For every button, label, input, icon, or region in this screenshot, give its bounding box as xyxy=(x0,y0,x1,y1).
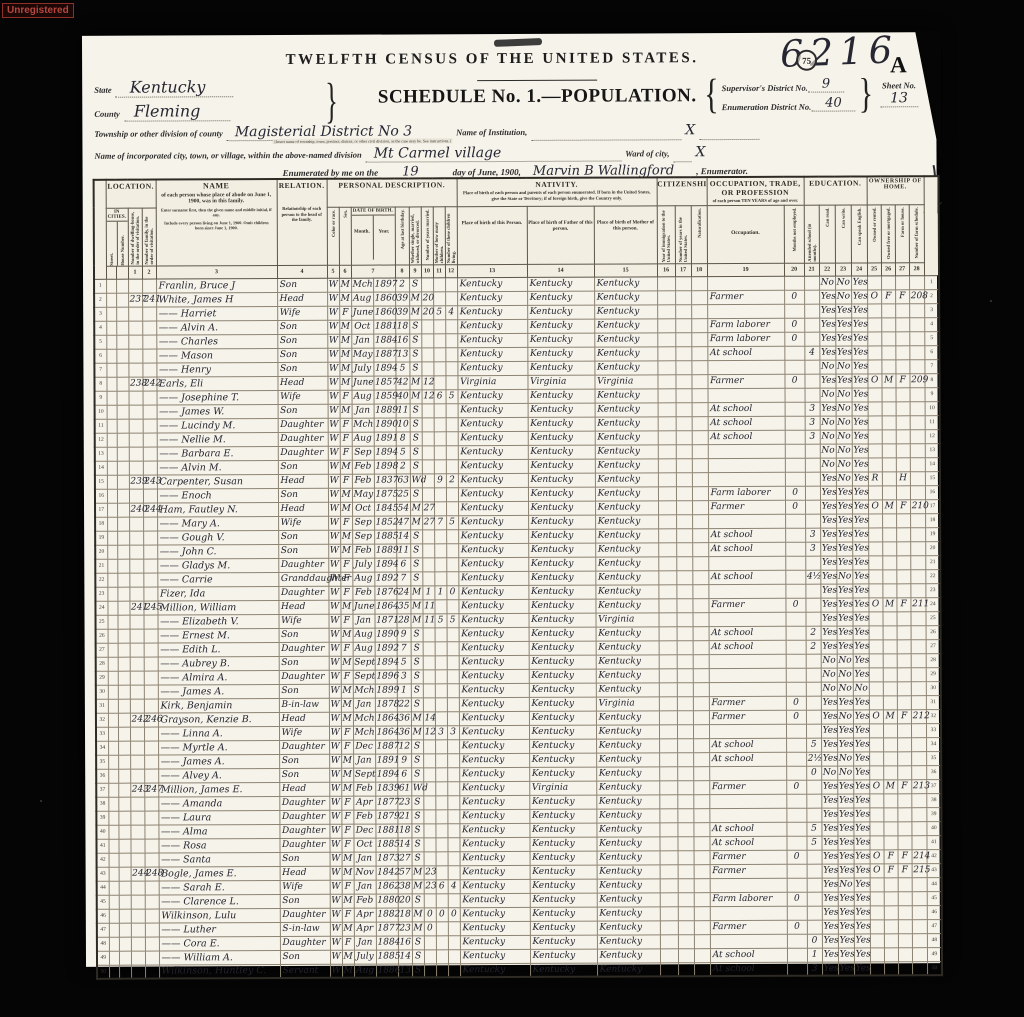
can-speak-english: Yes xyxy=(853,626,869,640)
mother-of-children xyxy=(434,431,446,445)
mother-birthplace: Kentucky xyxy=(595,514,658,528)
owned-or-rented xyxy=(869,584,883,598)
immigration-year xyxy=(660,892,678,906)
row-number: 9 xyxy=(95,391,107,405)
years-married: 11 xyxy=(422,599,434,613)
relation: Son xyxy=(280,894,330,908)
birthplace: Kentucky xyxy=(460,935,530,949)
can-speak-english: Yes xyxy=(854,864,870,878)
age: 9 xyxy=(397,628,411,642)
mother-birthplace: Kentucky xyxy=(595,360,658,374)
marital-status: S xyxy=(411,810,423,824)
can-speak-english: Yes xyxy=(852,360,868,374)
mother-of-children xyxy=(436,935,448,949)
dwelling-number xyxy=(130,755,144,769)
farm-schedule xyxy=(910,485,925,499)
free-or-mortgaged: F xyxy=(881,289,895,303)
occupation xyxy=(707,304,784,318)
naturalization xyxy=(692,360,708,374)
can-write: No xyxy=(836,388,852,402)
farm-schedule xyxy=(910,513,925,527)
marital-status: S xyxy=(411,768,423,782)
name: —— Harriet xyxy=(156,306,277,321)
mother-of-children xyxy=(434,487,446,501)
age: 39 xyxy=(395,292,409,306)
years-in-us xyxy=(676,570,692,584)
can-read: Yes xyxy=(821,724,837,738)
birth-year: 1896 xyxy=(375,670,397,684)
farm-schedule xyxy=(911,611,926,625)
family-number xyxy=(145,853,159,867)
free-or-mortgaged: F xyxy=(884,863,898,877)
can-write: Yes xyxy=(835,332,851,346)
can-speak-english: Yes xyxy=(853,752,869,766)
owned-or-rented xyxy=(869,612,883,626)
street xyxy=(108,643,118,657)
mother-of-children xyxy=(435,781,447,795)
birth-year: 1875 xyxy=(374,488,396,502)
can-read: Yes xyxy=(820,374,836,388)
name: —— Josephine T. xyxy=(157,390,278,405)
can-speak-english: Yes xyxy=(854,962,870,976)
immigration-year xyxy=(660,850,678,864)
birth-year: 1894 xyxy=(373,362,395,376)
name: —— Gough V. xyxy=(157,530,278,545)
months-not-employed xyxy=(785,444,805,458)
can-read: No xyxy=(820,360,836,374)
mother-birthplace: Kentucky xyxy=(597,822,660,836)
naturalization xyxy=(693,598,709,612)
marital-status: M xyxy=(412,866,424,880)
immigration-year xyxy=(659,724,677,738)
birth-month: Sept xyxy=(353,768,375,782)
immigration-year xyxy=(658,374,676,388)
months-not-employed xyxy=(786,640,806,654)
can-read: Yes xyxy=(820,528,836,542)
relation: Son xyxy=(280,852,330,866)
table-row: 50Wilkinson, Huntley C.ServantWMAug18861… xyxy=(97,961,942,979)
occupation xyxy=(709,766,786,780)
mother-birthplace: Kentucky xyxy=(596,626,659,640)
immigration-year xyxy=(659,668,677,682)
color: W xyxy=(328,600,340,614)
years-married xyxy=(424,935,436,949)
county-label: County xyxy=(94,109,120,119)
name: —— Barbara E. xyxy=(157,446,278,461)
row-number: 45 xyxy=(927,891,942,905)
free-or-mortgaged xyxy=(882,569,896,583)
immigration-year xyxy=(658,444,676,458)
relation: Daughter xyxy=(279,670,329,684)
can-speak-english: Yes xyxy=(854,920,870,934)
years-married: 27 xyxy=(422,515,434,529)
owned-or-rented xyxy=(867,276,881,290)
sex: M xyxy=(340,530,352,544)
street xyxy=(109,937,119,951)
house-number xyxy=(116,349,128,363)
row-number: 1 xyxy=(924,275,939,289)
immigration-year xyxy=(660,948,678,962)
attended-school xyxy=(805,360,820,374)
attended-school: 0 xyxy=(806,766,821,780)
relation: B-in-law xyxy=(279,698,329,712)
birthplace: Kentucky xyxy=(460,963,530,977)
can-speak-english: Yes xyxy=(852,472,868,486)
farm-schedule xyxy=(912,835,927,849)
age: 38 xyxy=(398,880,412,894)
years-in-us xyxy=(677,668,693,682)
owned-or-rented xyxy=(868,542,882,556)
family-number xyxy=(143,545,157,559)
row-number: 30 xyxy=(96,685,108,699)
farm-or-house xyxy=(897,793,911,807)
can-write: No xyxy=(838,878,854,892)
children-living xyxy=(446,445,458,459)
years-in-us xyxy=(676,360,692,374)
can-speak-english: Yes xyxy=(853,654,869,668)
father-birthplace: Kentucky xyxy=(529,655,596,669)
farm-schedule xyxy=(909,303,924,317)
birthplace: Kentucky xyxy=(459,697,529,711)
house-number xyxy=(117,447,129,461)
age: 20 xyxy=(398,894,412,908)
date-of-birth-header: DATE OF BIRTH. Month. Year. xyxy=(351,207,395,265)
house-number xyxy=(117,475,129,489)
father-birthplace: Kentucky xyxy=(530,851,597,865)
sex: M xyxy=(341,656,353,670)
row-number: 31 xyxy=(96,699,108,713)
age: 61 xyxy=(397,782,411,796)
mother-birthplace: Kentucky xyxy=(594,304,657,318)
years-in-us xyxy=(675,276,691,290)
farm-schedule xyxy=(912,961,927,975)
family-number xyxy=(143,573,157,587)
sex: F xyxy=(341,824,353,838)
enumerated-suffix: , Enumerator. xyxy=(696,166,748,176)
mother-of-children xyxy=(434,599,446,613)
color: W xyxy=(327,334,339,348)
color: W xyxy=(330,880,342,894)
birth-month: Nov xyxy=(354,866,376,880)
farm-schedule xyxy=(911,751,926,765)
years-married: 12 xyxy=(422,375,434,389)
citizenship-group-header: CITIZENSHIP. xyxy=(657,177,707,205)
can-write: No xyxy=(837,766,853,780)
family-number: 243 xyxy=(143,475,157,489)
marital-status: M xyxy=(410,600,422,614)
house-number xyxy=(119,853,131,867)
mother-birthplace: Kentucky xyxy=(596,668,659,682)
age: 39 xyxy=(395,306,409,320)
row-number: 34 xyxy=(926,737,941,751)
can-read: No xyxy=(819,276,835,290)
can-speak-english: Yes xyxy=(852,556,868,570)
attended-school: 2½ xyxy=(806,752,821,766)
family-number xyxy=(144,769,158,783)
row-number: 41 xyxy=(96,839,108,853)
can-write: Yes xyxy=(837,626,853,640)
can-read-column-header: Can read. xyxy=(819,205,835,263)
can-write: Yes xyxy=(837,612,853,626)
house-number xyxy=(118,783,130,797)
can-write: Yes xyxy=(836,374,852,388)
years-married xyxy=(423,823,435,837)
years-married: 14 xyxy=(423,711,435,725)
name: —— James A. xyxy=(158,754,279,769)
attended-school xyxy=(805,486,820,500)
years-in-us xyxy=(678,836,694,850)
years-married xyxy=(422,543,434,557)
house-number xyxy=(119,881,131,895)
attended-school xyxy=(807,864,822,878)
age: 18 xyxy=(395,320,409,334)
attended-school xyxy=(804,332,819,346)
attended-school xyxy=(807,920,822,934)
birth-month: Oct xyxy=(351,320,373,334)
row-number: 25 xyxy=(95,615,107,629)
can-write: No xyxy=(837,752,853,766)
can-write: No xyxy=(836,360,852,374)
birth-year: 1880 xyxy=(376,894,398,908)
free-or-mortgaged xyxy=(882,527,896,541)
free-or-mortgaged xyxy=(883,625,897,639)
name: Earls, Eli xyxy=(157,376,278,391)
occupation xyxy=(710,906,787,920)
age: 8 xyxy=(396,432,410,446)
birthplace: Kentucky xyxy=(458,417,528,431)
can-read: No xyxy=(821,682,837,696)
row-number: 40 xyxy=(927,821,942,835)
mother-of-children xyxy=(434,501,446,515)
name: —— Cora E. xyxy=(159,936,280,951)
birth-year: 1899 xyxy=(375,684,397,698)
street xyxy=(107,475,117,489)
sex: M xyxy=(339,334,351,348)
can-speak-english: Yes xyxy=(852,388,868,402)
naturalization xyxy=(693,668,709,682)
marital-status: S xyxy=(409,334,421,348)
row-number: 22 xyxy=(95,573,107,587)
row-number: 49 xyxy=(927,947,942,961)
mother-of-children xyxy=(434,543,446,557)
can-write: No xyxy=(837,668,853,682)
mother-of-children xyxy=(436,865,448,879)
children-living xyxy=(445,347,457,361)
father-birthplace: Kentucky xyxy=(530,893,597,907)
age: 16 xyxy=(395,334,409,348)
relation: Head xyxy=(278,474,328,488)
birthplace-mother-column-header: Place of birth of Mother of this person. xyxy=(594,205,657,263)
children-living xyxy=(446,431,458,445)
dwelling-number xyxy=(130,769,144,783)
children-living xyxy=(447,641,459,655)
owned-or-rented xyxy=(870,808,884,822)
naturalization xyxy=(693,710,709,724)
farm-schedule xyxy=(909,345,924,359)
column-number: 24 xyxy=(851,263,867,276)
birthplace: Kentucky xyxy=(460,837,530,851)
free-or-mortgaged: M xyxy=(882,373,896,387)
sex: F xyxy=(340,474,352,488)
farm-or-house xyxy=(897,751,911,765)
can-write: Yes xyxy=(837,794,853,808)
dwelling-number xyxy=(131,853,145,867)
attended-school: 0 xyxy=(807,934,822,948)
relation: Daughter xyxy=(279,796,329,810)
color: W xyxy=(330,950,342,964)
years-in-us xyxy=(677,696,693,710)
can-read: Yes xyxy=(821,640,837,654)
birth-year: 1877 xyxy=(376,922,398,936)
in-cities-header: IN CITIES. Street. House Number. xyxy=(106,208,128,266)
children-living: 4 xyxy=(445,305,457,319)
father-birthplace: Kentucky xyxy=(528,361,595,375)
occupation xyxy=(710,934,787,948)
birthplace: Kentucky xyxy=(458,361,528,375)
column-number: 14 xyxy=(527,264,594,277)
free-or-mortgaged: F xyxy=(884,849,898,863)
family-number xyxy=(143,447,157,461)
family-number xyxy=(144,825,158,839)
naturalization xyxy=(694,864,710,878)
street xyxy=(106,363,116,377)
marital-status: S xyxy=(410,544,422,558)
color: W xyxy=(330,922,342,936)
mother-of-children xyxy=(435,753,447,767)
sex: M xyxy=(341,684,353,698)
owned-or-rented: O xyxy=(867,290,881,304)
row-number: 37 xyxy=(96,783,108,797)
months-not-employed xyxy=(787,822,807,836)
age: 16 xyxy=(398,936,412,950)
street xyxy=(107,405,117,419)
marital-status: S xyxy=(411,796,423,810)
birth-year: 1890 xyxy=(374,418,396,432)
birthplace: Kentucky xyxy=(459,767,529,781)
row-number: 6 xyxy=(924,345,939,359)
immigration-year xyxy=(660,878,678,892)
free-or-mortgaged xyxy=(884,933,898,947)
dwelling-number xyxy=(131,951,145,965)
occupation xyxy=(709,654,786,668)
row-number: 27 xyxy=(926,639,941,653)
mother-of-children xyxy=(435,683,447,697)
relation: Daughter xyxy=(278,586,328,600)
farm-schedule xyxy=(910,569,925,583)
column-number xyxy=(106,266,116,279)
months-not-employed xyxy=(786,752,806,766)
mother-of-children: 3 xyxy=(435,725,447,739)
children-living xyxy=(447,669,459,683)
relation: Head xyxy=(278,600,328,614)
age: 54 xyxy=(396,502,410,516)
sex: F xyxy=(341,642,353,656)
mother-birthplace: Kentucky xyxy=(597,906,660,920)
dwelling-number: 238 xyxy=(128,377,142,391)
can-speak-english: Yes xyxy=(854,906,870,920)
attended-school: 5 xyxy=(807,822,822,836)
township-label: Township or other division of county xyxy=(94,128,222,139)
house-number xyxy=(117,615,129,629)
father-birthplace: Kentucky xyxy=(528,431,595,445)
birth-month: Aug xyxy=(352,572,374,586)
color: W xyxy=(328,418,340,432)
house-number xyxy=(117,587,129,601)
house-number xyxy=(118,727,130,741)
dwelling-number xyxy=(129,615,143,629)
color: W xyxy=(328,558,340,572)
mother-of-children xyxy=(436,893,448,907)
can-read: Yes xyxy=(820,472,836,486)
family-number xyxy=(144,727,158,741)
column-number: 4 xyxy=(277,265,327,278)
children-living: 5 xyxy=(447,613,459,627)
attended-school-column-header: Attended school (in months). xyxy=(804,205,819,263)
naturalization xyxy=(691,276,707,290)
birth-year: 1894 xyxy=(374,558,396,572)
can-read: No xyxy=(820,430,836,444)
color: W xyxy=(329,726,341,740)
mother-of-children: 5 xyxy=(433,305,445,319)
dwelling-number xyxy=(130,643,144,657)
column-number: 13 xyxy=(457,264,527,277)
color: W xyxy=(328,376,340,390)
dwelling-number xyxy=(129,391,143,405)
occupation xyxy=(708,360,785,374)
mother-of-children xyxy=(435,627,447,641)
birth-year: 1884 xyxy=(373,334,395,348)
row-number: 39 xyxy=(927,807,942,821)
birth-year: 1871 xyxy=(375,614,397,628)
row-number: 22 xyxy=(925,569,940,583)
can-read: Yes xyxy=(820,542,836,556)
attended-school xyxy=(806,682,821,696)
name: —— Santa xyxy=(159,852,280,867)
farm-schedule xyxy=(911,639,926,653)
dwelling-number xyxy=(130,671,144,685)
row-number: 47 xyxy=(97,923,109,937)
attended-school: 5 xyxy=(807,836,822,850)
immigration-year xyxy=(660,962,678,976)
farm-or-house xyxy=(896,401,910,415)
relation: Daughter xyxy=(279,642,329,656)
family-number xyxy=(144,643,158,657)
can-read: Yes xyxy=(820,402,836,416)
birth-month: Dec xyxy=(353,824,375,838)
mother-birthplace: Kentucky xyxy=(595,416,658,430)
years-in-us xyxy=(678,948,694,962)
years-in-us xyxy=(678,892,694,906)
district-block: { Supervisor's District No. 9 Enumeratio… xyxy=(704,76,918,112)
free-or-mortgaged xyxy=(882,457,896,471)
birth-month: June xyxy=(352,600,374,614)
township-line: Township or other division of county Mag… xyxy=(94,120,930,143)
children-living xyxy=(447,767,459,781)
children-living xyxy=(446,599,458,613)
farm-or-house: F xyxy=(898,863,912,877)
can-read: Yes xyxy=(819,346,835,360)
column-number: 23 xyxy=(835,263,851,276)
immigration-year xyxy=(659,682,677,696)
mother-of-children xyxy=(436,949,448,963)
street xyxy=(108,811,118,825)
years-married: 0 xyxy=(424,907,436,921)
birth-year: 1862 xyxy=(376,880,398,894)
sex: M xyxy=(342,950,354,964)
dwelling-number xyxy=(129,517,143,531)
years-married xyxy=(422,445,434,459)
age: 24 xyxy=(396,586,410,600)
